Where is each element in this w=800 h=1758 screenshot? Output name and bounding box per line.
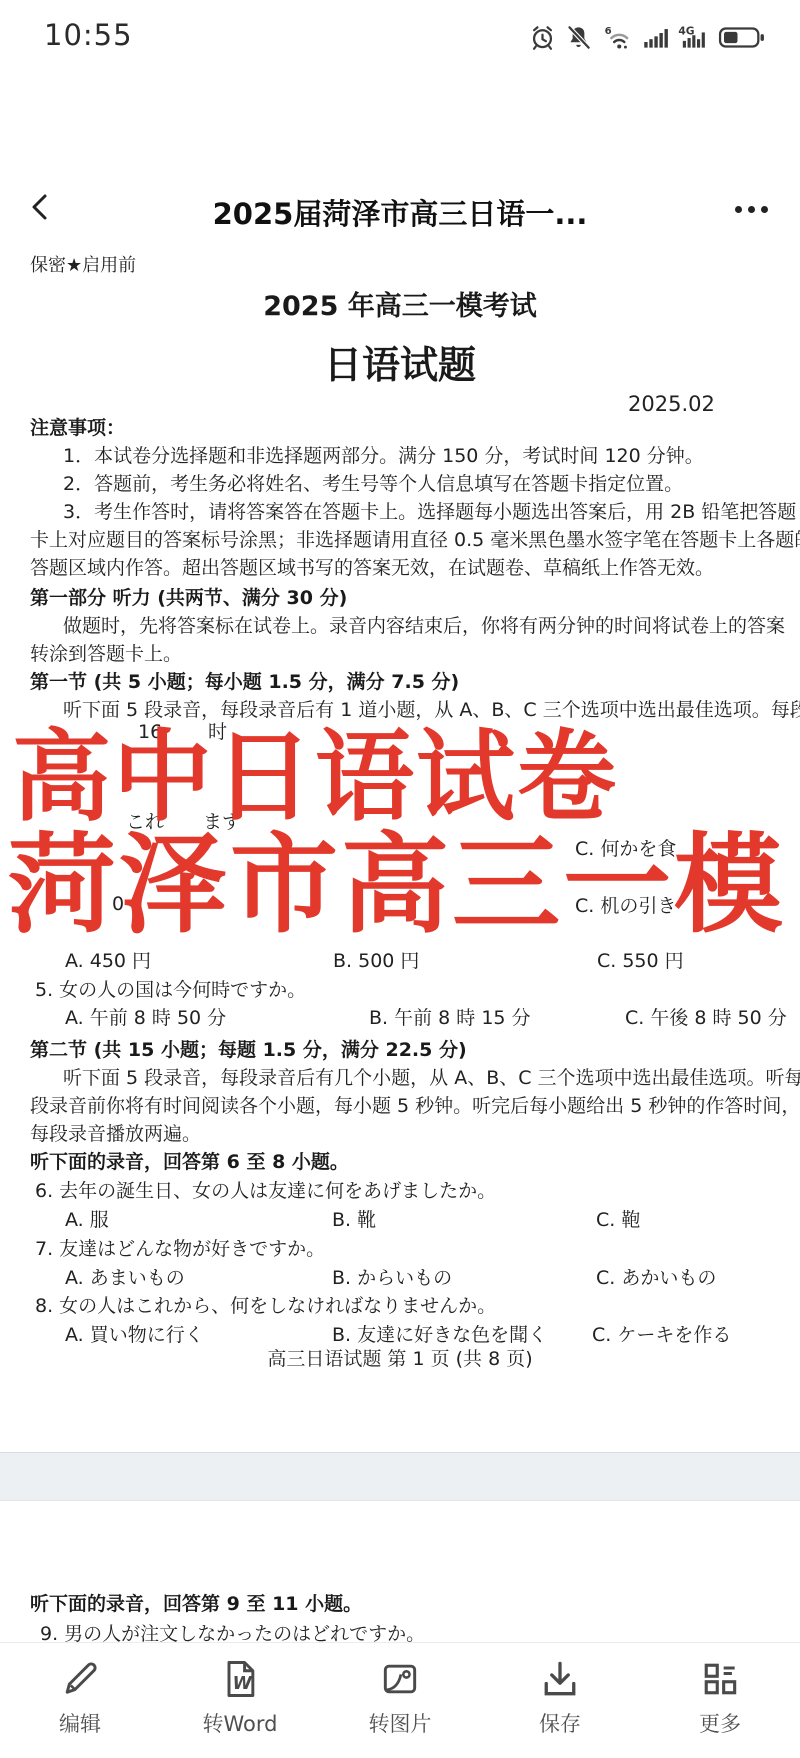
convert-word-button[interactable]: W 转Word (160, 1643, 320, 1758)
bell-muted-icon (565, 24, 592, 51)
q7-option-a: A. あまいもの (65, 1268, 185, 1290)
section2-intro: 每段录音播放两遍。 (30, 1124, 201, 1146)
grid-more-icon (698, 1657, 742, 1701)
status-bar: 10:55 6 (0, 0, 800, 62)
svg-text:4G: 4G (678, 25, 694, 38)
signal-4g-icon: 4G (678, 24, 709, 51)
q5-option-c: C. 午後 8 時 50 分 (625, 1008, 787, 1030)
download-icon (538, 1657, 582, 1701)
alarm-clock-icon (529, 24, 556, 51)
q5-option-b: B. 午前 8 時 15 分 (369, 1008, 531, 1030)
svg-text:6: 6 (605, 26, 612, 37)
pencil-icon (58, 1657, 102, 1701)
page-footer: 高三日语试题 第 1 页 (共 8 页) (0, 1349, 800, 1371)
question-8: 8. 女の人はこれから、何をしなければなりませんか。 (35, 1296, 496, 1318)
convert-image-button[interactable]: 转图片 (320, 1643, 480, 1758)
more-tools-button[interactable]: 更多 (640, 1643, 800, 1758)
q8-option-c: C. ケーキを作る (592, 1325, 731, 1347)
svg-text:W: W (233, 1674, 253, 1694)
word-doc-icon: W (218, 1657, 262, 1701)
section1-intro: 听下面 5 段录音，每段录音后有 1 道小题，从 A、B、C 三个选项中选出最佳… (63, 700, 800, 722)
page-divider (0, 1452, 800, 1501)
watermark-line-2: 菏泽市高三一模 (8, 830, 785, 942)
q7-option-c: C. あかいもの (596, 1268, 716, 1290)
ellipsis-icon (735, 206, 742, 213)
exam-date: 2025.02 (628, 392, 715, 416)
toolbar-label: 保存 (539, 1708, 581, 1738)
toolbar-label: 转Word (203, 1708, 278, 1738)
q6-option-b: B. 靴 (332, 1210, 376, 1232)
q6-8-heading: 听下面的录音，回答第 6 至 8 小题。 (30, 1152, 349, 1174)
notice-heading: 注意事项： (30, 418, 125, 440)
part1-intro: 转涂到答题卡上。 (30, 644, 182, 666)
clock-time: 10:55 (44, 18, 133, 52)
app-screen: 10:55 6 (0, 0, 800, 1758)
toolbar-label: 更多 (699, 1708, 741, 1738)
section2-heading: 第二节 (共 15 小题；每题 1.5 分，满分 22.5 分) (30, 1040, 467, 1062)
q7-option-b: B. からいもの (332, 1268, 452, 1290)
toolbar-label: 转图片 (369, 1708, 432, 1738)
save-button[interactable]: 保存 (480, 1643, 640, 1758)
more-options-button[interactable] (728, 196, 774, 222)
status-icons: 6 4G (529, 24, 766, 51)
notice-line: 2．答题前，考生务必将姓名、考生号等个人信息填写在答题卡指定位置。 (63, 474, 683, 496)
signal-bars-icon (642, 24, 669, 51)
section1-heading: 第一节 (共 5 小题；每小题 1.5 分，满分 7.5 分) (30, 672, 459, 694)
part1-intro: 做题时，先将答案标在试卷上。录音内容结束后，你将有两分钟的时间将试卷上的答案 (63, 616, 785, 638)
question-6: 6. 去年の誕生日、女の人は友達に何をあげましたか。 (35, 1181, 496, 1203)
q4-option-c: C. 550 円 (597, 951, 684, 973)
notice-line: 3．考生作答时，请将答案答在答题卡上。选择题每小题选出答案后，用 2B 铅笔把答… (63, 502, 796, 524)
watermark-line-1: 高中日语试卷 (12, 726, 618, 830)
subject-title: 日语试题 (0, 344, 800, 388)
part1-heading: 第一部分 听力 (共两节、满分 30 分) (30, 588, 347, 610)
question-5: 5. 女の人の国は今何時ですか。 (35, 980, 306, 1002)
q8-option-a: A. 買い物に行く (65, 1325, 204, 1347)
classification-label: 保密★启用前 (30, 256, 136, 277)
section2-intro: 段录音前你将有时间阅读各个小题，每小题 5 秒钟。听完后每小题给出 5 秒钟的作… (30, 1096, 800, 1118)
nav-bar: 2025届菏泽市高三日语一... (0, 88, 800, 150)
image-icon (378, 1657, 422, 1701)
notice-line: 1．本试卷分选择题和非选择题两部分。满分 150 分，考试时间 120 分钟。 (63, 446, 704, 468)
question-7: 7. 友達はどんな物が好きですか。 (35, 1239, 325, 1261)
bottom-toolbar: 编辑 W 转Word 转图片 保存 (0, 1642, 800, 1758)
q6-option-c: C. 鞄 (596, 1210, 640, 1232)
notice-line: 卡上对应题目的答案标号涂黑；非选择题请用直径 0.5 毫米黑色墨水签字笔在答题卡… (30, 530, 800, 552)
wifi-6-icon: 6 (601, 24, 633, 51)
exam-title: 2025 年高三一模考试 (0, 291, 800, 322)
notice-line: 答题区域内作答。超出答题区域书写的答案无效，在试题卷、草稿纸上作答无效。 (30, 558, 714, 580)
q4-option-a: A. 450 円 (65, 951, 151, 973)
edit-button[interactable]: 编辑 (0, 1643, 160, 1758)
document-title: 2025届菏泽市高三日语一... (0, 192, 800, 233)
q5-option-a: A. 午前 8 時 50 分 (65, 1008, 226, 1030)
q6-option-a: A. 服 (65, 1210, 109, 1232)
section2-intro: 听下面 5 段录音，每段录音后有几个小题，从 A、B、C 三个选项中选出最佳选项… (63, 1068, 800, 1090)
toolbar-label: 编辑 (59, 1708, 101, 1738)
battery-icon (718, 24, 766, 51)
q9-11-heading: 听下面的录音，回答第 9 至 11 小题。 (30, 1594, 362, 1616)
q8-option-b: B. 友達に好きな色を聞く (332, 1325, 547, 1347)
q4-option-b: B. 500 円 (333, 951, 419, 973)
